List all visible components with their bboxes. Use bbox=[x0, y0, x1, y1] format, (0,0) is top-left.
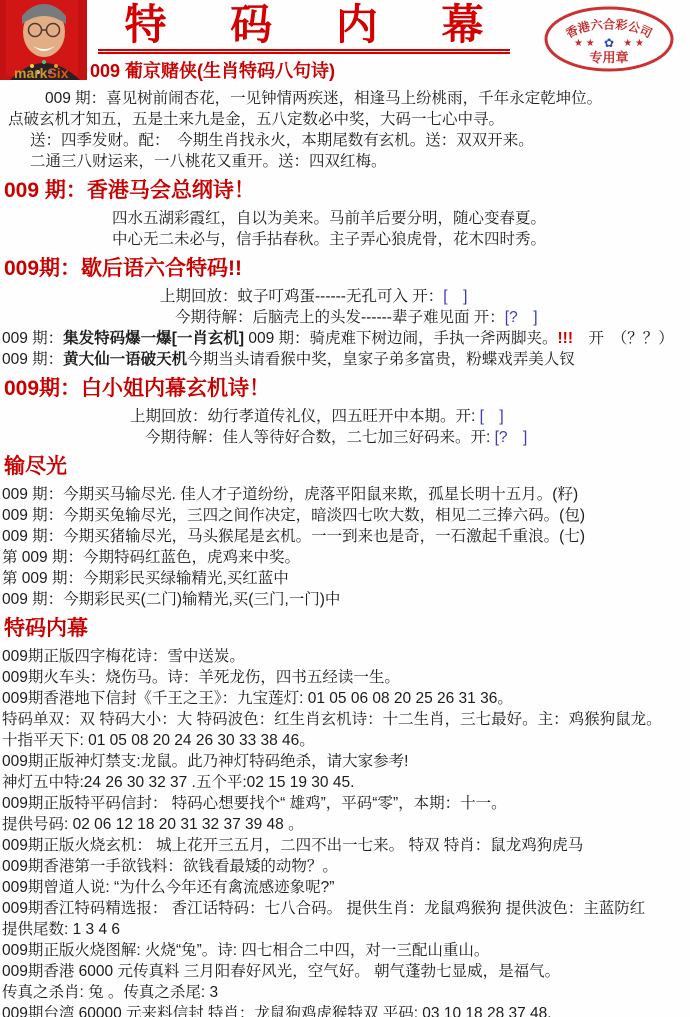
tip-line: 009期香港第一手欲钱料：欲钱看最矮的动物？。 bbox=[2, 856, 690, 877]
company-stamp: 香港六合彩公司 ★ ★ ✿ ★ ★ 专用章 bbox=[542, 4, 676, 74]
result-bracket: [ ] bbox=[480, 408, 504, 425]
tip-line: 提供尾数: 1 3 4 6 bbox=[2, 919, 690, 940]
tip-line: 009 期：今期买猪输尽光，马头猴尾是玄机。一一到来也是奇，一石激起千重浪。(七… bbox=[2, 526, 690, 547]
tip-line: 009期正版神灯禁支:龙鼠。此乃神灯特码绝杀，请大家参考! bbox=[2, 751, 690, 772]
stamp-flower-icon: ✿ bbox=[604, 36, 614, 50]
tip-line: 009期正版特平码信封： 特码心想要找个“ 雄鸡”，平码“零”，本期：十一。 bbox=[2, 793, 690, 814]
section-heading-shujinguang: 输尽光 bbox=[4, 455, 690, 479]
tip-line: 神灯五中特:24 26 30 32 37 .五个平:02 15 19 30 45… bbox=[2, 772, 690, 793]
tip-line: 009 期：集发特码爆一爆[一肖玄机] 009 期：骑虎难下树边闹，手执一斧两脚… bbox=[2, 328, 690, 349]
result-bracket: [? ] bbox=[495, 429, 528, 446]
tip-line: 009 期：今期彩民买(二门)输精光,买(三门,一门)中 bbox=[2, 589, 690, 610]
period-prefix: 009 期： bbox=[2, 351, 63, 368]
tip-title-bold: 黄大仙一语破天机 bbox=[63, 351, 187, 368]
result-bracket: [? ] bbox=[505, 309, 538, 326]
tip-line: 009期曾道人说: “为什么今年还有禽流感迹象呢?” bbox=[2, 877, 690, 898]
tip-line: 传真之杀肖: 兔 。传真之杀尾: 3 bbox=[2, 982, 690, 1003]
tip-bracket-bold: [一肖玄机] bbox=[172, 330, 244, 347]
tip-text: 009 期：骑虎难下树边闹，手执一斧两脚夹。 bbox=[244, 330, 557, 347]
pending-line: 今期待解：后脑壳上的头发------辈子难见面 开：[? ] bbox=[175, 307, 690, 328]
stamp-stars-right: ★ ★ bbox=[623, 38, 644, 49]
recall-text: 上期回放：蚊子叮鸡蛋------无孔可入 开： bbox=[160, 288, 443, 305]
tip-line: 009期香港 6000 元传真料 三月阳春好风光，空气好。 朝气蓬勃七显威，是福… bbox=[2, 961, 690, 982]
stamp-bottom-text: 专用章 bbox=[589, 50, 628, 65]
tip-line: 第 009 期：今期彩民买绿输精光,买红蓝中 bbox=[2, 568, 690, 589]
poem-line: 送：四季发财。配： 今期生肖找永火，本期尾数有玄机。送：双双开来。 bbox=[30, 130, 690, 151]
tip-line: 009期正版四字梅花诗：雪中送炭。 bbox=[2, 646, 690, 667]
portrait-photo: markSix bbox=[0, 0, 87, 80]
tip-line: 009期正版火烧图解: 火烧“兔”。诗: 四七相合二中四，对一三配山重山。 bbox=[2, 940, 690, 961]
marksix-watermark: markSix bbox=[14, 66, 68, 80]
pending-text: 今期待解：佳人等待好合数，二七加三好码来。开: bbox=[145, 429, 495, 446]
poem-line: 009 期：喜见树前闹杏花，一见钟情两疾迷，相逢马上纷桃雨，千年永定乾坤位。 bbox=[45, 88, 690, 109]
result-bracket: [ ] bbox=[443, 288, 467, 305]
period-prefix: 009 期： bbox=[2, 330, 63, 347]
section-heading-temaneimu: 特码内幕 bbox=[4, 617, 690, 641]
tip-text: 今期当头请看猴中奖，皇家子弟多富贵，粉蝶戏弄美人钗 bbox=[187, 351, 575, 368]
pending-text: 今期待解：后脑壳上的头发------辈子难见面 开： bbox=[175, 309, 505, 326]
section-heading-zonggang: 009 期：香港马会总纲诗！ bbox=[4, 179, 690, 203]
tip-line: 009期火车头：烧伤马。诗：羊死龙伤，四书五经读一生。 bbox=[2, 667, 690, 688]
poem-line: 二通三八财运来，一八桃花又重开。送：四双红梅。 bbox=[30, 151, 690, 172]
section-heading-poojing: 009 葡京赌侠(生肖特码八句诗) bbox=[90, 60, 335, 82]
poem-line: 四水五湖彩霞红，自以为美来。马前羊后要分明，随心变春夏。 bbox=[112, 208, 690, 229]
tip-line: 009 期：黄大仙一语破天机今期当头请看猴中奖，皇家子弟多富贵，粉蝶戏弄美人钗 bbox=[2, 349, 690, 370]
recall-text: 上期回放：幼行孝道传礼仪，四五旺开中本期。开: bbox=[130, 408, 480, 425]
stamp-stars-left: ★ ★ bbox=[574, 38, 595, 49]
section-heading-xiehouyu: 009期：歇后语六合特码!! bbox=[4, 257, 690, 281]
poem-line: 点破玄机才知五，五是土来九是金，五八定数必中奖，大码一七心中寻。 bbox=[8, 109, 690, 130]
pending-line: 今期待解：佳人等待好合数，二七加三好码来。开: [? ] bbox=[145, 427, 690, 448]
tip-line: 009期正版火烧玄机： 城上花开三五月，二四不出一七来。 特双 特肖：鼠龙鸡狗虎… bbox=[2, 835, 690, 856]
tip-line: 009期香江特码精选报： 香江话特码：七八合码。 提供生肖：龙鼠鸡猴狗 提供波色… bbox=[2, 898, 690, 919]
page-header: markSix 特 码 内 幕 香港六合彩公司 ★ ★ ✿ ★ ★ 专用章 00… bbox=[0, 0, 690, 88]
exclamation-marks: !!! bbox=[558, 330, 574, 347]
watermark-six-text: Six bbox=[47, 65, 68, 80]
recall-line: 上期回放：幼行孝道传礼仪，四五旺开中本期。开: [ ] bbox=[130, 406, 690, 427]
tip-line: 009期台湾 60000 元来料信封 特肖：龙鼠狗鸡虎猴特双 平码: 03 10… bbox=[2, 1003, 690, 1017]
tip-title-bold: 集发特码爆一爆 bbox=[63, 330, 172, 347]
tip-line: 特码单双：双 特码大小：大 特码波色：红生肖玄机诗：十二生肖，三七最好。主：鸡猴… bbox=[2, 709, 690, 730]
tip-sheet-page: markSix 特 码 内 幕 香港六合彩公司 ★ ★ ✿ ★ ★ 专用章 00… bbox=[0, 0, 690, 1017]
poem-line: 中心无二未必与，信手拈春秋。主子弄心狼虎骨，花木四时秀。 bbox=[112, 229, 690, 250]
tip-line: 提供号码: 02 06 12 18 20 31 32 37 39 48 。 bbox=[2, 814, 690, 835]
tip-tail: 开 （？？） bbox=[573, 330, 674, 347]
tip-line: 009 期：今期买马输尽光. 佳人才子道纷纷，虎落平阳鼠来欺，孤星长明十五月。(… bbox=[2, 484, 690, 505]
tip-line: 009期香港地下信封《千王之王》：九宝莲灯: 01 05 06 08 20 25… bbox=[2, 688, 690, 709]
tip-line: 十指平天下: 01 05 08 20 24 26 30 33 38 46。 bbox=[2, 730, 690, 751]
watermark-mark-text: mark bbox=[14, 65, 47, 80]
tip-line: 第 009 期：今期特码红蓝色，虎鸡来中奖。 bbox=[2, 547, 690, 568]
section-heading-baixiaojie: 009期：白小姐内幕玄机诗！ bbox=[4, 377, 690, 401]
recall-line: 上期回放：蚊子叮鸡蛋------无孔可入 开：[ ] bbox=[160, 286, 690, 307]
page-title: 特 码 内 幕 bbox=[98, 2, 510, 54]
tip-line: 009 期：今期买兔输尽光，三四之间作决定，暗淡四七吹大数，相见二三捧六码。(包… bbox=[2, 505, 690, 526]
